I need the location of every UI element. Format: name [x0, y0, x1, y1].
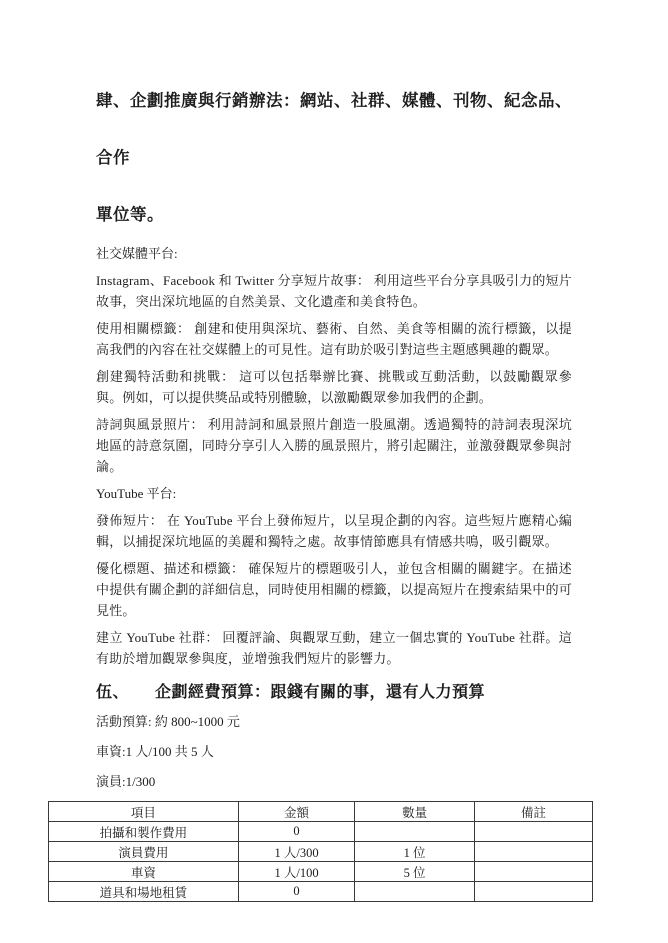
section-4-heading: 肆、企劃推廣與行銷辦法：網站、社群、媒體、刊物、紀念品、合作 單位等。	[96, 72, 572, 243]
paragraph-activities-challenges: 創建獨特活動和挑戰： 這可以包括舉辦比賽、挑戰或互動活動，以鼓勵觀眾參與。例如，…	[96, 366, 572, 408]
budget-table-cell	[474, 882, 592, 902]
budget-table: 項目 金額 數量 備註 拍攝和製作費用 0 演員費用 1 人/300 1 位 車…	[48, 801, 593, 902]
document-page: 肆、企劃推廣與行銷辦法：網站、社群、媒體、刊物、紀念品、合作 單位等。 社交媒體…	[0, 0, 668, 943]
budget-table-cell	[474, 822, 592, 842]
section-5-numeral: 伍、	[96, 684, 129, 701]
budget-line-transport: 車資:1 人/100 共 5 人	[96, 741, 572, 762]
paragraph-build-community: 建立 YouTube 社群： 回覆評論、與觀眾互動，建立一個忠實的 YouTub…	[96, 627, 572, 669]
budget-table-header-note: 備註	[474, 802, 592, 822]
budget-table-cell	[355, 882, 475, 902]
paragraph-optimize-titles: 優化標題、描述和標籤： 確保短片的標題吸引人，並包含相關的關鍵字。在描述中提供有…	[96, 558, 572, 621]
social-platform-label: 社交媒體平台:	[96, 243, 572, 264]
budget-line-actor: 演員:1/300	[96, 771, 572, 792]
budget-line-activity: 活動預算: 約 800~1000 元	[96, 711, 572, 732]
budget-table-cell: 道具和場地租賃	[49, 882, 239, 902]
budget-table-header-qty: 數量	[355, 802, 475, 822]
budget-table-header-item: 項目	[49, 802, 239, 822]
budget-table-cell: 5 位	[355, 862, 475, 882]
budget-table-header-amount: 金額	[238, 802, 354, 822]
table-row: 道具和場地租賃 0	[49, 882, 593, 902]
budget-table-cell: 0	[238, 882, 354, 902]
budget-table-cell	[355, 822, 475, 842]
budget-table-cell: 1 位	[355, 842, 475, 862]
budget-table-cell: 1 人/100	[238, 862, 354, 882]
budget-table-cell	[474, 842, 592, 862]
paragraph-poetry-photos: 詩詞與風景照片： 利用詩詞和風景照片創造一股風潮。透過獨特的詩詞表現深坑地區的詩…	[96, 414, 572, 477]
section-5-heading: 伍、企劃經費預算：跟錢有關的事，還有人力預算	[96, 681, 572, 705]
section-5-heading-text: 企劃經費預算：跟錢有關的事，還有人力預算	[155, 684, 485, 701]
table-row: 演員費用 1 人/300 1 位	[49, 842, 593, 862]
youtube-platform-label: YouTube 平台:	[96, 483, 572, 504]
table-row: 拍攝和製作費用 0	[49, 822, 593, 842]
paragraph-instagram-stories: Instagram、Facebook 和 Twitter 分享短片故事： 利用這…	[96, 270, 572, 312]
budget-table-cell	[474, 862, 592, 882]
paragraph-publish-videos: 發佈短片： 在 YouTube 平台上發佈短片，以呈現企劃的內容。這些短片應精心…	[96, 510, 572, 552]
budget-table-cell: 1 人/300	[238, 842, 354, 862]
budget-table-header-row: 項目 金額 數量 備註	[49, 802, 593, 822]
budget-table-cell: 0	[238, 822, 354, 842]
table-row: 車資 1 人/100 5 位	[49, 862, 593, 882]
paragraph-hashtags: 使用相關標籤： 創建和使用與深坑、藝術、自然、美食等相關的流行標籤，以提高我們的…	[96, 318, 572, 360]
budget-table-cell: 演員費用	[49, 842, 239, 862]
budget-table-cell: 拍攝和製作費用	[49, 822, 239, 842]
budget-table-cell: 車資	[49, 862, 239, 882]
